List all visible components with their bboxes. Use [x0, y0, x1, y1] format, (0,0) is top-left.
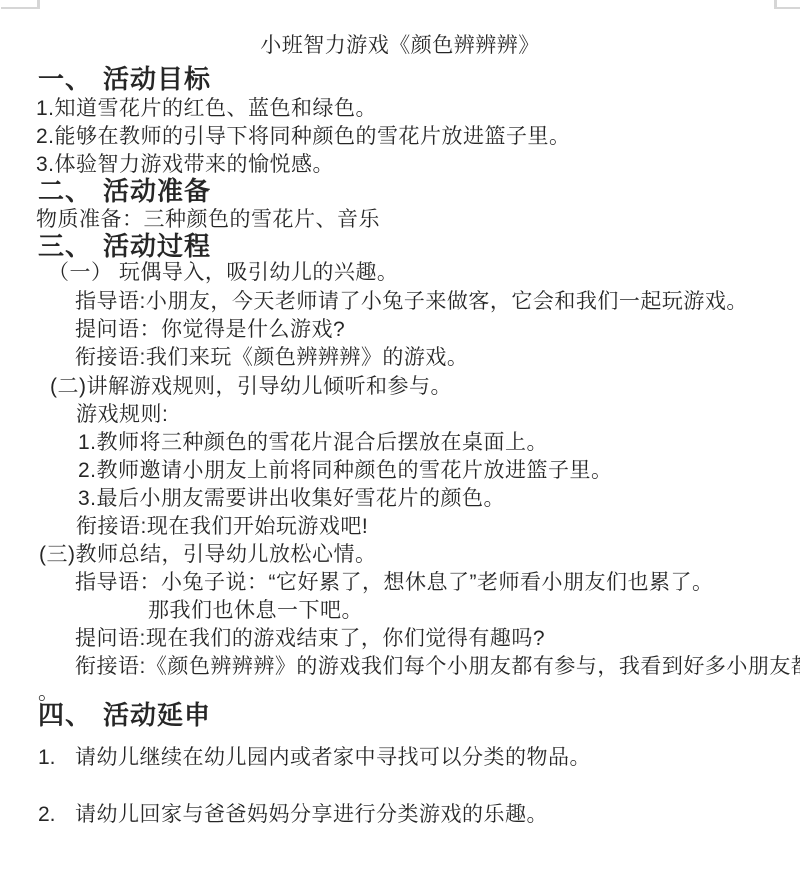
process-step3-question: 提问语:现在我们的游戏结束了，你们觉得有趣吗? [75, 625, 545, 653]
list-item-text: 请幼儿回家与爸爸妈妈分享进行分类游戏的乐趣。 [75, 803, 548, 826]
process-step1-guide: 指导语:小朋友，今天老师请了小兔子来做客，它会和我们一起玩游戏。 [75, 288, 748, 316]
process-step1-title: （一） 玩偶导入，吸引幼儿的兴趣。 [48, 259, 398, 287]
process-step2-rule-3: 3.最后小朋友需要讲出收集好雪花片的颜色。 [78, 485, 505, 513]
document-page: 小班智力游戏《颜色辨辨辨》 一、活动目标 1.知道雪花片的红色、蓝色和绿色。 2… [0, 0, 800, 882]
section-number: 四、 [38, 700, 92, 730]
section-label: 活动过程 [103, 231, 211, 261]
extension-item-1: 1.请幼儿继续在幼儿园内或者家中寻找可以分类的物品。 [38, 744, 591, 772]
process-step2-rule-2: 2.教师邀请小朋友上前将同种颜色的雪花片放进篮子里。 [78, 457, 613, 485]
table-corner-fragment-left [1, 0, 40, 9]
section-heading-preparation: 二、活动准备 [38, 176, 211, 206]
section-heading-goals: 一、活动目标 [38, 64, 211, 94]
process-step2-transition: 衔接语:现在我们开始玩游戏吧! [76, 513, 368, 541]
section-label: 活动目标 [103, 64, 211, 94]
goal-item-2: 2.能够在教师的引导下将同种颜色的雪花片放进篮子里。 [36, 123, 571, 151]
goal-item-1: 1.知道雪花片的红色、蓝色和绿色。 [36, 95, 377, 123]
process-step3-title: (三)教师总结，引导幼儿放松心情。 [39, 541, 377, 569]
section-heading-extension: 四、活动延申 [38, 700, 211, 730]
process-step2-rule-1: 1.教师将三种颜色的雪花片混合后摆放在桌面上。 [78, 429, 548, 457]
section-number: 三、 [38, 231, 92, 261]
list-item-number: 1. [38, 744, 75, 772]
list-item-text: 请幼儿继续在幼儿园内或者家中寻找可以分类的物品。 [75, 746, 591, 769]
extension-item-2: 2.请幼儿回家与爸爸妈妈分享进行分类游戏的乐趣。 [38, 801, 548, 829]
preparation-material-line: 物质准备：三种颜色的雪花片、音乐 [36, 206, 380, 234]
process-step2-title: (二)讲解游戏规则，引导幼儿倾听和参与。 [50, 373, 452, 401]
process-step1-question: 提问语：你觉得是什么游戏? [75, 316, 345, 344]
section-heading-process: 三、活动过程 [38, 231, 211, 261]
section-label: 活动延申 [103, 700, 211, 730]
goal-item-3: 3.体验智力游戏带来的愉悦感。 [36, 151, 334, 179]
process-step3-transition: 衔接语:《颜色辨辨辨》的游戏我们每个小朋友都有参与，我看到好多小朋友都很开心 [75, 653, 800, 681]
process-step3-guide: 指导语：小兔子说：“它好累了，想休息了”老师看小朋友们也累了。 [75, 569, 713, 597]
process-step1-transition: 衔接语:我们来玩《颜色辨辨辨》的游戏。 [75, 344, 468, 372]
process-step2-rules-label: 游戏规则: [76, 401, 168, 429]
section-label: 活动准备 [103, 176, 211, 206]
section-number: 二、 [38, 176, 92, 206]
list-item-number: 2. [38, 801, 75, 829]
table-corner-fragment-right [774, 0, 800, 9]
section-number: 一、 [38, 64, 92, 94]
doc-title: 小班智力游戏《颜色辨辨辨》 [0, 32, 800, 60]
process-step3-guide-continuation: 那我们也休息一下吧。 [148, 597, 363, 625]
